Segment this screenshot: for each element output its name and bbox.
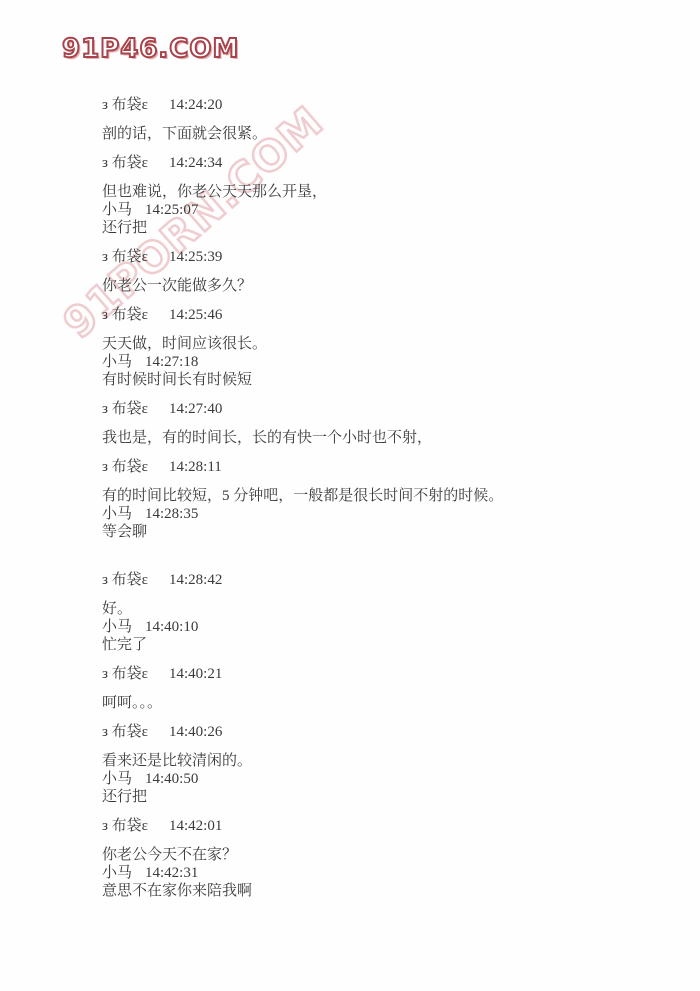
chat-entry: з 布袋ε14:24:20 剖的话，下面就会很紧。 — [102, 96, 640, 143]
message-text: 好。 — [102, 600, 640, 618]
timestamp: 14:25:46 — [169, 306, 222, 324]
speaker-name: з 布袋ε — [102, 665, 148, 683]
speaker-name: з 布袋ε — [102, 723, 148, 741]
speaker-name: 小马 — [102, 770, 132, 788]
chat-entry: 小马14:40:50 还行把 — [102, 770, 640, 806]
message-text: 还行把 — [102, 219, 640, 237]
chat-entry: з 布袋ε14:40:21 呵呵。。。 — [102, 665, 640, 712]
chat-entry: з 布袋ε14:25:39 你老公一次能做多久？ — [102, 248, 640, 295]
message-text: 但也难说，你老公天天那么开垦， — [102, 183, 640, 201]
chat-entry: 小马14:25:07 还行把 — [102, 201, 640, 237]
message-header: з 布袋ε14:24:20 — [102, 96, 640, 114]
chat-entry: з 布袋ε14:24:34 但也难说，你老公天天那么开垦， — [102, 154, 640, 201]
message-header: з 布袋ε14:42:01 — [102, 817, 640, 835]
speaker-name: з 布袋ε — [102, 96, 148, 114]
timestamp: 14:40:26 — [169, 723, 222, 741]
chat-entry: з 布袋ε14:40:26 看来还是比较清闲的。 — [102, 723, 640, 770]
speaker-name: 小马 — [102, 505, 132, 523]
speaker-name: з 布袋ε — [102, 571, 148, 589]
speaker-name: 小马 — [102, 353, 132, 371]
message-text: 你老公一次能做多久？ — [102, 277, 640, 295]
message-header: з 布袋ε14:25:46 — [102, 306, 640, 324]
site-logo: 91P46.COM — [62, 34, 239, 64]
message-header: з 布袋ε14:40:21 — [102, 665, 640, 683]
message-header: з 布袋ε14:24:34 — [102, 154, 640, 172]
timestamp: 14:25:07 — [145, 201, 198, 219]
timestamp: 14:40:50 — [145, 770, 198, 788]
message-header: 小马14:27:18 — [102, 353, 640, 371]
timestamp: 14:28:42 — [169, 571, 222, 589]
message-text: 呵呵。。。 — [102, 694, 640, 712]
chat-entry: 小马14:28:35 等会聊 — [102, 505, 640, 541]
message-header: з 布袋ε14:27:40 — [102, 400, 640, 418]
timestamp: 14:28:11 — [169, 458, 222, 476]
message-text: 意思不在家你来陪我啊 — [102, 882, 640, 900]
message-header: з 布袋ε14:25:39 — [102, 248, 640, 266]
timestamp: 14:40:21 — [169, 665, 222, 683]
message-text: 剖的话，下面就会很紧。 — [102, 125, 640, 143]
chat-entry: з 布袋ε14:27:40 我也是，有的时间长，长的有快一个小时也不射， — [102, 400, 640, 447]
chat-entry: з 布袋ε14:42:01 你老公今天不在家？ — [102, 817, 640, 864]
speaker-name: 小马 — [102, 618, 132, 636]
speaker-name: з 布袋ε — [102, 817, 148, 835]
timestamp: 14:42:01 — [169, 817, 222, 835]
chat-entry: 小马14:27:18 有时候时间长有时候短 — [102, 353, 640, 389]
chat-transcript: з 布袋ε14:24:20 剖的话，下面就会很紧。 з 布袋ε14:24:34 … — [0, 0, 700, 900]
chat-entry: 小马14:42:31 意思不在家你来陪我啊 — [102, 864, 640, 900]
speaker-name: з 布袋ε — [102, 154, 148, 172]
timestamp: 14:27:40 — [169, 400, 222, 418]
speaker-name: з 布袋ε — [102, 458, 148, 476]
message-text: 还行把 — [102, 788, 640, 806]
message-text: 等会聊 — [102, 523, 640, 541]
message-header: 小马14:40:50 — [102, 770, 640, 788]
speaker-name: 小马 — [102, 864, 132, 882]
message-header: 小马14:42:31 — [102, 864, 640, 882]
message-header: 小马14:40:10 — [102, 618, 640, 636]
speaker-name: з 布袋ε — [102, 400, 148, 418]
message-text: 天天做，时间应该很长。 — [102, 335, 640, 353]
message-text: 有时候时间长有时候短 — [102, 371, 640, 389]
message-header: 小马14:25:07 — [102, 201, 640, 219]
timestamp: 14:27:18 — [145, 353, 198, 371]
message-header: з 布袋ε14:28:11 — [102, 458, 640, 476]
timestamp: 14:24:20 — [169, 96, 222, 114]
timestamp: 14:28:35 — [145, 505, 198, 523]
speaker-name: з 布袋ε — [102, 306, 148, 324]
message-header: 小马14:28:35 — [102, 505, 640, 523]
speaker-name: 小马 — [102, 201, 132, 219]
message-header: з 布袋ε14:28:42 — [102, 571, 640, 589]
speaker-name: з 布袋ε — [102, 248, 148, 266]
timestamp: 14:42:31 — [145, 864, 198, 882]
timestamp: 14:24:34 — [169, 154, 222, 172]
message-text: 看来还是比较清闲的。 — [102, 752, 640, 770]
chat-entry: з 布袋ε14:28:42 好。 — [102, 571, 640, 618]
message-text: 我也是，有的时间长，长的有快一个小时也不射， — [102, 429, 640, 447]
chat-entry: 小马14:40:10 忙完了 — [102, 618, 640, 654]
message-text: 你老公今天不在家？ — [102, 846, 640, 864]
chat-entry: з 布袋ε14:28:11 有的时间比较短，5 分钟吧，一般都是很长时间不射的时… — [102, 458, 640, 505]
message-text: 有的时间比较短，5 分钟吧，一般都是很长时间不射的时候。 — [102, 487, 640, 505]
timestamp: 14:40:10 — [145, 618, 198, 636]
timestamp: 14:25:39 — [169, 248, 222, 266]
chat-entry: з 布袋ε14:25:46 天天做，时间应该很长。 — [102, 306, 640, 353]
message-header: з 布袋ε14:40:26 — [102, 723, 640, 741]
message-text: 忙完了 — [102, 636, 640, 654]
